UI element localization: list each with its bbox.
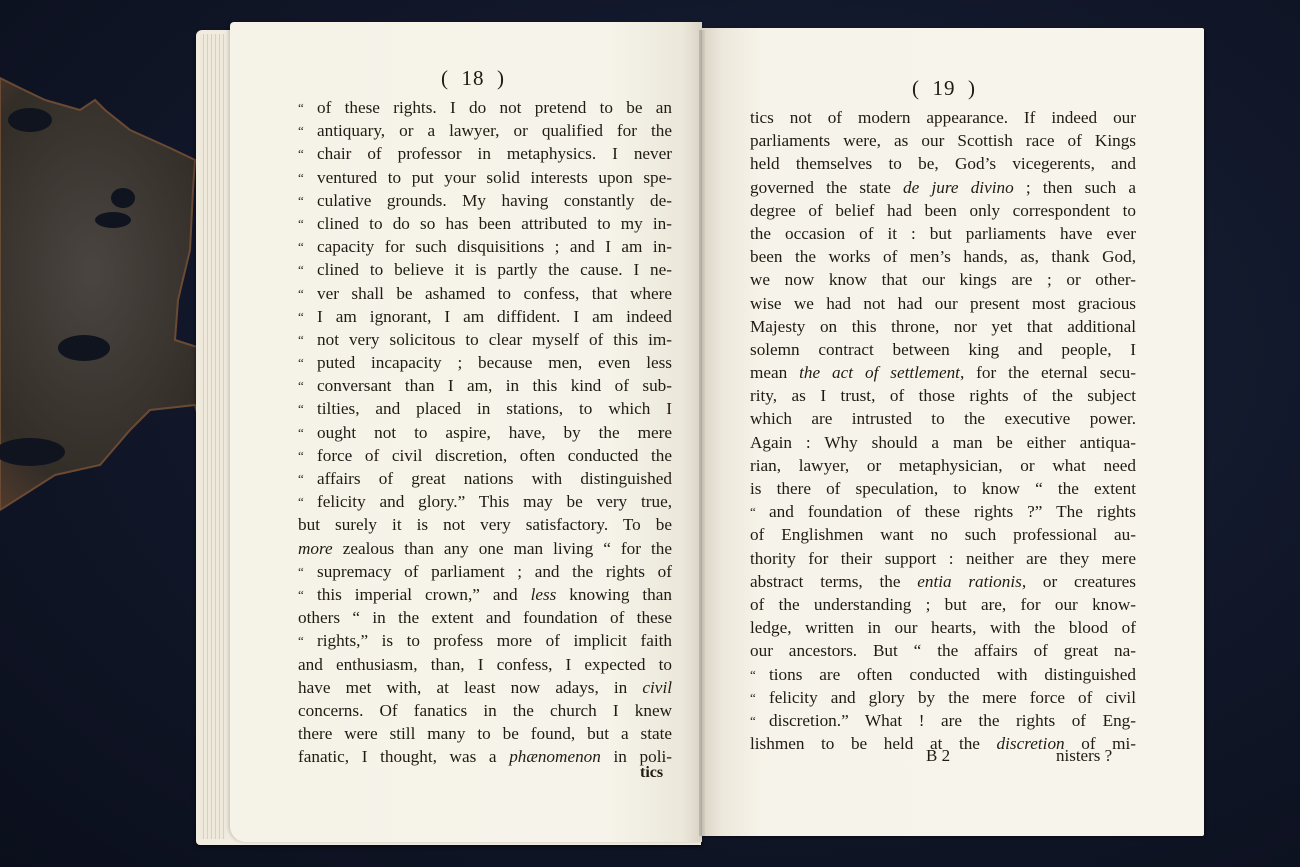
line-text: and enthusiasm, than, I confess, I expec… <box>298 655 672 674</box>
text-line: others “ in the extent and foundation of… <box>298 606 672 629</box>
line-text: the occasion of it : but parliaments hav… <box>750 224 1136 243</box>
line-text: ledge, written in our hearts, with the b… <box>750 618 1136 637</box>
text-line: have met with, at least now adays, in ci… <box>298 676 672 699</box>
line-text: lishmen to be held at the <box>750 734 997 753</box>
quotation-mark: “ <box>298 467 317 490</box>
text-line: ledge, written in our hearts, with the b… <box>750 616 1136 639</box>
line-text: abstract terms, the <box>750 572 917 591</box>
text-line: abstract terms, the entia rationis, or c… <box>750 570 1136 593</box>
line-text: wise we had not had our present most gra… <box>750 294 1136 313</box>
quotation-mark: “ <box>298 397 317 420</box>
quotation-mark: “ <box>298 444 317 467</box>
italic-text: the act of settlement <box>799 363 960 382</box>
text-line: and enthusiasm, than, I confess, I expec… <box>298 653 672 676</box>
line-text: is there of speculation, to know “ the e… <box>750 479 1136 498</box>
line-text: been the works of men’s hands, as, thank… <box>750 247 1136 266</box>
quotation-mark: “ <box>750 686 769 709</box>
line-text: knowing than <box>556 585 672 604</box>
line-text: ought not to aspire, have, by the mere <box>317 423 672 442</box>
text-line: Majesty on this throne, nor yet that add… <box>750 315 1136 338</box>
signature-mark: B 2 <box>926 746 950 766</box>
quotation-mark: “ <box>298 328 317 351</box>
line-text: discretion.” What ! are the rights of En… <box>769 711 1136 730</box>
text-line: “of these rights. I do not pretend to be… <box>298 96 672 119</box>
quotation-mark: “ <box>298 166 317 189</box>
line-text: affairs of great nations with distinguis… <box>317 469 672 488</box>
quotation-mark: “ <box>298 351 317 374</box>
quotation-mark: “ <box>298 235 317 258</box>
open-book: ( 18 ) “of these rights. I do not preten… <box>0 0 1300 867</box>
book-gutter <box>699 30 705 836</box>
text-line: we now know that our kings are ; or othe… <box>750 268 1136 291</box>
text-line: “tions are often conducted with distingu… <box>750 663 1136 686</box>
italic-text: entia rationis <box>917 572 1022 591</box>
quotation-mark: “ <box>298 305 317 328</box>
quotation-mark: “ <box>298 212 317 235</box>
quotation-mark: “ <box>298 560 317 583</box>
line-text: fanatic, I thought, was a <box>298 747 509 766</box>
line-text: ver shall be ashamed to confess, that wh… <box>317 284 672 303</box>
line-text: not very solicitous to clear myself of t… <box>317 330 672 349</box>
text-line: “puted incapacity ; because men, even le… <box>298 351 672 374</box>
line-text: we now know that our kings are ; or othe… <box>750 270 1136 289</box>
text-line: of Englishmen want no such professional … <box>750 523 1136 546</box>
line-text: tions are often conducted with distingui… <box>769 665 1136 684</box>
line-text: clined to believe it is partly the cause… <box>317 260 672 279</box>
text-line: been the works of men’s hands, as, thank… <box>750 245 1136 268</box>
italic-text: de jure divino <box>903 178 1014 197</box>
line-text: of Englishmen want no such professional … <box>750 525 1136 544</box>
text-line: which are intrusted to the executive pow… <box>750 407 1136 430</box>
line-text: degree of belief had been only correspon… <box>750 201 1136 220</box>
text-line: of the understanding ; but are, for our … <box>750 593 1136 616</box>
text-line: the occasion of it : but parliaments hav… <box>750 222 1136 245</box>
left-catchword: tics <box>640 764 663 782</box>
text-line: “capacity for such disquisitions ; and I… <box>298 235 672 258</box>
right-catchword: nisters ? <box>1056 746 1112 766</box>
line-text: concerns. Of fanatics in the church I kn… <box>298 701 672 720</box>
line-text: have met with, at least now adays, in <box>298 678 642 697</box>
text-line: parliaments were, as our Scottish race o… <box>750 129 1136 152</box>
quotation-mark: “ <box>750 709 769 732</box>
text-line: “I am ignorant, I am diffident. I am ind… <box>298 305 672 328</box>
text-line: more zealous than any one man living “ f… <box>298 537 672 560</box>
italic-text: more <box>298 539 333 558</box>
text-line: “discretion.” What ! are the rights of E… <box>750 709 1136 732</box>
quotation-mark: “ <box>750 663 769 686</box>
text-line: “ventured to put your solid interests up… <box>298 166 672 189</box>
line-text: thority for their support : neither are … <box>750 549 1136 568</box>
line-text: clined to do so has been attributed to m… <box>317 214 672 233</box>
line-text: solemn contract between king and people,… <box>750 340 1136 359</box>
quotation-mark: “ <box>298 421 317 444</box>
line-text: tics not of modern appearance. If indeed… <box>750 108 1136 127</box>
line-text: there were still many to be found, but a… <box>298 724 672 743</box>
quotation-mark: “ <box>298 282 317 305</box>
line-text: antiquary, or a lawyer, or qualified for… <box>317 121 672 140</box>
quotation-mark: “ <box>298 490 317 513</box>
quotation-mark: “ <box>298 119 317 142</box>
line-text: rian, lawyer, or metaphysician, or what … <box>750 456 1136 475</box>
line-text: rights,” is to profess more of implicit … <box>317 631 672 650</box>
text-line: “conversant than I am, in this kind of s… <box>298 374 672 397</box>
text-line: rian, lawyer, or metaphysician, or what … <box>750 454 1136 477</box>
line-text: Again : Why should a man be either antiq… <box>750 433 1136 452</box>
text-line: “ought not to aspire, have, by the mere <box>298 421 672 444</box>
text-line: “affairs of great nations with distingui… <box>298 467 672 490</box>
line-text: felicity and glory by the mere force of … <box>769 688 1136 707</box>
quotation-mark: “ <box>298 374 317 397</box>
line-text: governed the state <box>750 178 903 197</box>
quotation-mark: “ <box>298 583 317 606</box>
line-text: of these rights. I do not pretend to be … <box>317 98 672 117</box>
line-text: this imperial crown,” and <box>317 585 531 604</box>
text-line: “clined to believe it is partly the caus… <box>298 258 672 281</box>
line-text: others “ in the extent and foundation of… <box>298 608 672 627</box>
line-text: conversant than I am, in this kind of su… <box>317 376 672 395</box>
text-line: “supremacy of parliament ; and the right… <box>298 560 672 583</box>
text-line: held themselves to be, God’s vicegerents… <box>750 152 1136 175</box>
italic-text: less <box>531 585 557 604</box>
text-line: concerns. Of fanatics in the church I kn… <box>298 699 672 722</box>
text-line: “not very solicitous to clear myself of … <box>298 328 672 351</box>
line-text: force of civil discretion, often conduct… <box>317 446 672 465</box>
italic-text: civil <box>642 678 672 697</box>
text-line: “chair of professor in metaphysics. I ne… <box>298 142 672 165</box>
line-text: Majesty on this throne, nor yet that add… <box>750 317 1136 336</box>
quotation-mark: “ <box>298 629 317 652</box>
quotation-mark: “ <box>298 142 317 165</box>
line-text: chair of professor in metaphysics. I nev… <box>317 144 672 163</box>
text-line: tics not of modern appearance. If indeed… <box>750 106 1136 129</box>
text-line: degree of belief had been only correspon… <box>750 199 1136 222</box>
left-page-number: ( 18 ) <box>441 66 505 91</box>
left-page-body: “of these rights. I do not pretend to be… <box>298 96 672 768</box>
line-text: ventured to put your solid interests upo… <box>317 168 672 187</box>
quotation-mark: “ <box>298 96 317 119</box>
line-text: of the understanding ; but are, for our … <box>750 595 1136 614</box>
text-line: “clined to do so has been attributed to … <box>298 212 672 235</box>
line-text: rity, as I trust, of those rights of the… <box>750 386 1136 405</box>
line-text: culative grounds. My having constantly d… <box>317 191 672 210</box>
line-text: supremacy of parliament ; and the rights… <box>317 562 672 581</box>
text-line: there were still many to be found, but a… <box>298 722 672 745</box>
line-text: puted incapacity ; because men, even les… <box>317 353 672 372</box>
line-text: which are intrusted to the executive pow… <box>750 409 1136 428</box>
text-line: “this imperial crown,” and less knowing … <box>298 583 672 606</box>
text-line: “culative grounds. My having constantly … <box>298 189 672 212</box>
quotation-mark: “ <box>298 258 317 281</box>
line-text: capacity for such disquisitions ; and I … <box>317 237 672 256</box>
text-line: governed the state de jure divino ; then… <box>750 176 1136 199</box>
line-text: held themselves to be, God’s vicegerents… <box>750 154 1136 173</box>
text-line: “tilties, and placed in stations, to whi… <box>298 397 672 420</box>
text-line: “and foundation of these rights ?” The r… <box>750 500 1136 523</box>
line-text: felicity and glory.” This may be very tr… <box>317 492 672 511</box>
text-line: thority for their support : neither are … <box>750 547 1136 570</box>
text-line: fanatic, I thought, was a phænomenon in … <box>298 745 672 768</box>
right-page-number: ( 19 ) <box>912 76 976 101</box>
text-line: “rights,” is to profess more of implicit… <box>298 629 672 652</box>
italic-text: phænomenon <box>509 747 601 766</box>
text-line: our ancestors. But “ the affairs of grea… <box>750 639 1136 662</box>
text-line: Again : Why should a man be either antiq… <box>750 431 1136 454</box>
text-line: “felicity and glory.” This may be very t… <box>298 490 672 513</box>
line-text: ; then such a <box>1014 178 1136 197</box>
line-text: zealous than any one man living “ for th… <box>333 539 672 558</box>
text-line: “force of civil discretion, often conduc… <box>298 444 672 467</box>
quotation-mark: “ <box>750 500 769 523</box>
line-text: our ancestors. But “ the affairs of grea… <box>750 641 1136 660</box>
text-line: “antiquary, or a lawyer, or qualified fo… <box>298 119 672 142</box>
text-line: but surely it is not very satisfactory. … <box>298 513 672 536</box>
line-text: tilties, and placed in stations, to whic… <box>317 399 672 418</box>
line-text: , for the eternal secu- <box>960 363 1136 382</box>
line-text: I am ignorant, I am diffident. I am inde… <box>317 307 672 326</box>
line-text: but surely it is not very satisfactory. … <box>298 515 672 534</box>
text-line: solemn contract between king and people,… <box>750 338 1136 361</box>
quotation-mark: “ <box>298 189 317 212</box>
line-text: , or creatures <box>1022 572 1136 591</box>
line-text: parliaments were, as our Scottish race o… <box>750 131 1136 150</box>
line-text: mean <box>750 363 799 382</box>
text-line: “felicity and glory by the mere force of… <box>750 686 1136 709</box>
text-line: “ver shall be ashamed to confess, that w… <box>298 282 672 305</box>
line-text: and foundation of these rights ?” The ri… <box>769 502 1136 521</box>
right-page-body: tics not of modern appearance. If indeed… <box>750 106 1136 755</box>
text-line: wise we had not had our present most gra… <box>750 292 1136 315</box>
text-line: is there of speculation, to know “ the e… <box>750 477 1136 500</box>
text-line: rity, as I trust, of those rights of the… <box>750 384 1136 407</box>
italic-text: discretion <box>997 734 1065 753</box>
text-line: mean the act of settlement, for the eter… <box>750 361 1136 384</box>
